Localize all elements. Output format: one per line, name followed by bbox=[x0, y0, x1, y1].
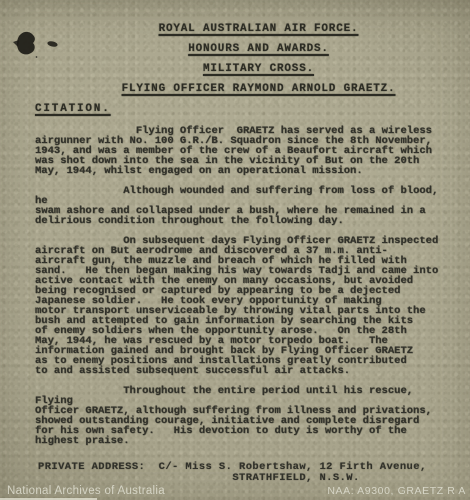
citation-paragraph-2: Although wounded and suffering from loss… bbox=[35, 186, 454, 226]
heading-line-1: ROYAL AUSTRALIAN AIR FORCE. bbox=[63, 24, 454, 35]
heading-line-3: MILITARY CROSS. bbox=[63, 64, 454, 75]
citation-paragraph-3: On subsequent days Flying Officer GRAETZ… bbox=[35, 236, 454, 376]
citation-label: CITATION. bbox=[35, 104, 454, 115]
document-header: ROYAL AUSTRALIAN AIR FORCE. HONOURS AND … bbox=[63, 24, 454, 95]
private-address: PRIVATE ADDRESS: C/- Miss S. Robertshaw,… bbox=[38, 462, 454, 484]
heading-line-2: HONOURS AND AWARDS. bbox=[63, 44, 454, 55]
document-content: ROYAL AUSTRALIAN AIR FORCE. HONOURS AND … bbox=[0, 0, 470, 500]
heading-line-4: FLYING OFFICER RAYMOND ARNOLD GRAETZ. bbox=[63, 84, 454, 95]
citation-paragraph-1: Flying Officer GRAETZ has served as a wi… bbox=[35, 126, 454, 176]
citation-paragraph-4: Throughout the entire period until his r… bbox=[35, 386, 454, 446]
document-page: ROYAL AUSTRALIAN AIR FORCE. HONOURS AND … bbox=[0, 0, 470, 500]
